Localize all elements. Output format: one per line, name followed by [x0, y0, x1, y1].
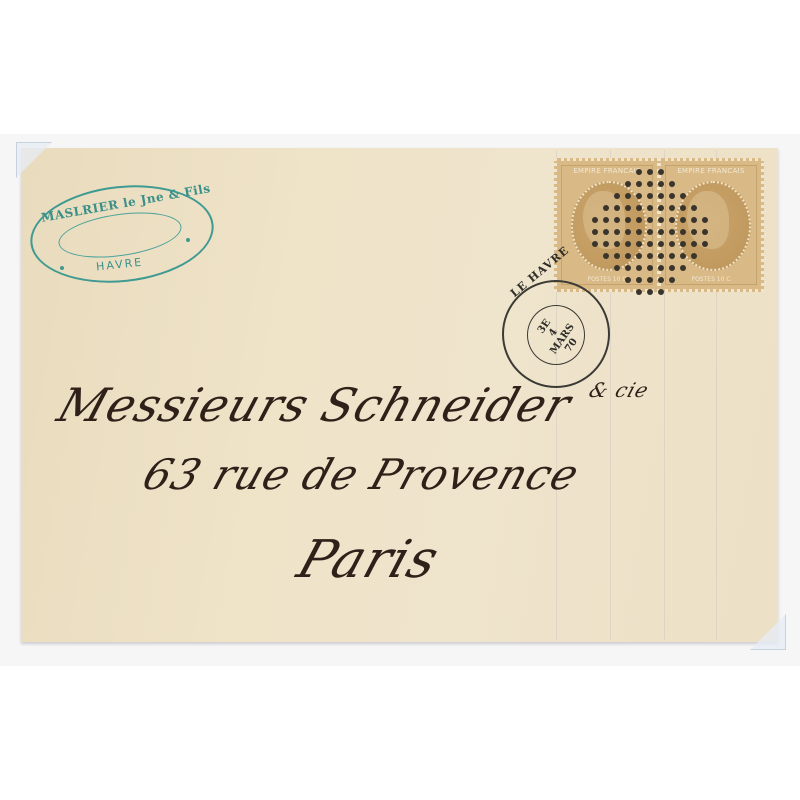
cancel-dot-icon [625, 265, 631, 271]
cancel-dot-icon [702, 241, 708, 247]
cancel-dot-icon [647, 205, 653, 211]
cancel-dot-icon [603, 217, 609, 223]
cancel-dot-icon [636, 241, 642, 247]
cancel-dot-icon [614, 217, 620, 223]
cancel-dot-icon [647, 217, 653, 223]
cancel-dot-icon [669, 229, 675, 235]
cancel-dot-icon [691, 205, 697, 211]
address-line-1: Messieurs Schneider & cie [51, 378, 652, 432]
cancel-dot-icon [669, 253, 675, 259]
cancel-dot-icon [658, 181, 664, 187]
cancel-dot-icon [658, 289, 664, 295]
cancel-dot-icon [636, 181, 642, 187]
cancel-dot-icon [614, 205, 620, 211]
cancel-dot-icon [636, 217, 642, 223]
cancel-dot-icon [592, 217, 598, 223]
cancel-dot-icon [680, 241, 686, 247]
address-line-2: 63 rue de Provence [137, 450, 586, 499]
cancel-dot-icon [680, 229, 686, 235]
cancel-dot-icon [647, 265, 653, 271]
cancel-dot-icon [691, 253, 697, 259]
cancel-dot-icon [669, 265, 675, 271]
cancel-dot-icon [680, 253, 686, 259]
cancel-dot-icon [702, 229, 708, 235]
cancel-dot-icon [603, 241, 609, 247]
cancel-dot-icon [647, 193, 653, 199]
cancel-dot-icon [614, 193, 620, 199]
cancel-dot-icon [636, 169, 642, 175]
cancel-dot-icon [614, 265, 620, 271]
cancel-dot-icon [636, 193, 642, 199]
cancel-dot-icon [658, 205, 664, 211]
cancel-dot-icon [658, 193, 664, 199]
address-line-3: Paris [290, 530, 446, 590]
cancel-dot-icon [614, 241, 620, 247]
cancel-dot-icon [691, 217, 697, 223]
cancel-dot-icon [669, 193, 675, 199]
cancel-dot-icon [636, 205, 642, 211]
cachet-dot-icon [60, 266, 64, 270]
cancel-dot-icon [680, 205, 686, 211]
cancel-dot-icon [647, 289, 653, 295]
cancel-dot-icon [691, 229, 697, 235]
addressee-suffix: & cie [586, 378, 652, 402]
cancel-dot-icon [625, 205, 631, 211]
cancel-dot-icon [625, 229, 631, 235]
cachet-dot-icon [186, 238, 190, 242]
cancel-dot-icon [658, 241, 664, 247]
cancel-dot-icon [669, 241, 675, 247]
cancel-dot-icon [669, 217, 675, 223]
postage-stamp-right: EMPIRE FRANCAIS POSTES 10 C [658, 158, 764, 292]
cancel-dot-icon [658, 217, 664, 223]
cancel-dot-icon [647, 253, 653, 259]
cancel-dot-icon [636, 265, 642, 271]
cancel-dot-icon [658, 229, 664, 235]
cancel-dot-icon [625, 193, 631, 199]
cancel-dot-icon [658, 265, 664, 271]
addressee-name: Messieurs Schneider [51, 378, 578, 432]
cancel-dot-icon [614, 229, 620, 235]
cancel-dot-icon [680, 265, 686, 271]
postage-stamp-left: EMPIRE FRANCAIS POSTES 10 C [554, 158, 660, 292]
cancel-dot-icon [680, 217, 686, 223]
stamp-header: EMPIRE FRANCAIS [557, 167, 657, 175]
cancel-dot-icon [636, 289, 642, 295]
cancel-dot-icon [603, 229, 609, 235]
cancel-dot-icon [636, 277, 642, 283]
cancel-dot-icon [647, 241, 653, 247]
cancel-dot-icon [658, 169, 664, 175]
cancel-dot-icon [603, 205, 609, 211]
cancel-dot-icon [625, 181, 631, 187]
cancel-dot-icon [625, 277, 631, 283]
cancel-dot-icon [625, 253, 631, 259]
cancel-dot-icon [592, 241, 598, 247]
cancel-dot-icon [614, 253, 620, 259]
cancel-dot-icon [669, 205, 675, 211]
cancel-dot-icon [647, 229, 653, 235]
cancel-dot-icon [636, 229, 642, 235]
cancel-dot-icon [592, 229, 598, 235]
cancel-dot-icon [636, 253, 642, 259]
cancel-dot-icon [647, 181, 653, 187]
cancel-dot-icon [669, 181, 675, 187]
stamp-header: EMPIRE FRANCAIS [661, 167, 761, 175]
cancel-dot-icon [658, 277, 664, 283]
cancel-dot-icon [647, 169, 653, 175]
cancel-dot-icon [647, 277, 653, 283]
cancel-dot-icon [691, 241, 697, 247]
cancel-dot-icon [669, 277, 675, 283]
cancel-dot-icon [625, 241, 631, 247]
cancel-dot-icon [702, 217, 708, 223]
stamp-footer: POSTES 10 C [661, 276, 761, 283]
cancel-dot-icon [658, 253, 664, 259]
cancel-dot-icon [680, 193, 686, 199]
cancel-dot-icon [603, 253, 609, 259]
cancel-dot-icon [625, 217, 631, 223]
